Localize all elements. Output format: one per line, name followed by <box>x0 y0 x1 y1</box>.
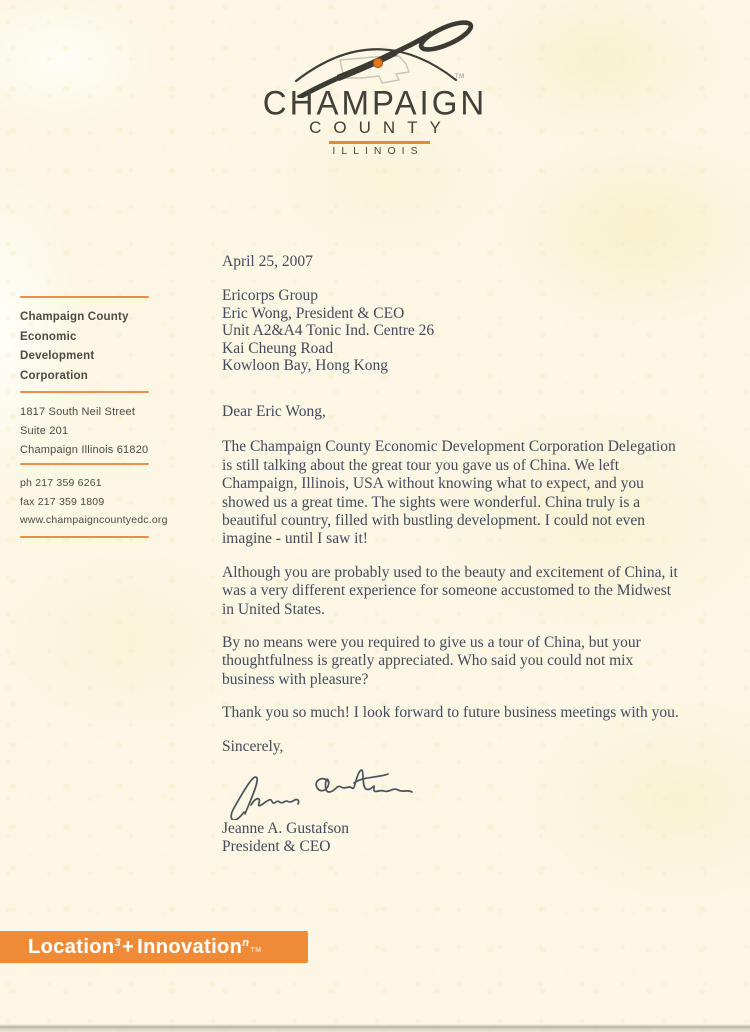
paragraph-3: By no means were you required to give us… <box>222 634 712 689</box>
logo-text-illinois: ILLINOIS <box>0 145 750 157</box>
recipient-address-block: Ericorps Group Eric Wong, President & CE… <box>222 287 712 375</box>
logo-trademark: TM <box>455 74 465 80</box>
scan-bottom-edge <box>0 1024 750 1032</box>
letterhead-sidebar: Champaign County Economic Development Co… <box>20 296 149 538</box>
organization-name: Champaign County Economic Development Co… <box>20 308 149 386</box>
scanned-letter-page: TM CHAMPAIGN COUNTY ILLINOIS Champaign C… <box>0 0 750 1032</box>
banner-superscript-n: n <box>242 937 249 949</box>
closing: Sincerely, <box>222 738 712 756</box>
signer-title: President & CEO <box>222 838 712 856</box>
banner-word-location: Location <box>28 936 115 958</box>
banner-plus-sign: + <box>122 936 134 958</box>
banner-superscript-3: 3 <box>115 937 122 949</box>
logo-text-county: COUNTY <box>0 118 750 138</box>
logo-gold-rule <box>329 141 430 144</box>
tagline-banner: Location3+InnovationnTM <box>0 931 308 963</box>
sidebar-divider <box>20 536 149 538</box>
paragraph-2: Although you are probably used to the be… <box>222 564 712 619</box>
banner-word-innovation: Innovation <box>137 936 242 958</box>
sidebar-divider <box>20 463 149 465</box>
organization-contact: ph 217 359 6261 fax 217 359 1809 www.cha… <box>20 474 149 530</box>
paragraph-4: Thank you so much! I look forward to fut… <box>222 704 712 722</box>
handwritten-signature <box>226 758 426 820</box>
letter-date: April 25, 2007 <box>222 252 712 271</box>
banner-trademark: TM <box>250 947 261 954</box>
sidebar-divider <box>20 296 149 298</box>
logo-text-champaign: CHAMPAIGN <box>0 83 750 123</box>
signer-name: Jeanne A. Gustafson <box>222 820 712 838</box>
champaign-county-logo: TM CHAMPAIGN COUNTY ILLINOIS <box>0 0 750 170</box>
paragraph-1: The Champaign County Economic Developmen… <box>222 438 712 548</box>
organization-address: 1817 South Neil Street Suite 201 Champai… <box>20 403 149 460</box>
letter-body: April 25, 2007 Ericorps Group Eric Wong,… <box>222 252 712 857</box>
sidebar-divider <box>20 391 149 393</box>
salutation: Dear Eric Wong, <box>222 403 712 421</box>
